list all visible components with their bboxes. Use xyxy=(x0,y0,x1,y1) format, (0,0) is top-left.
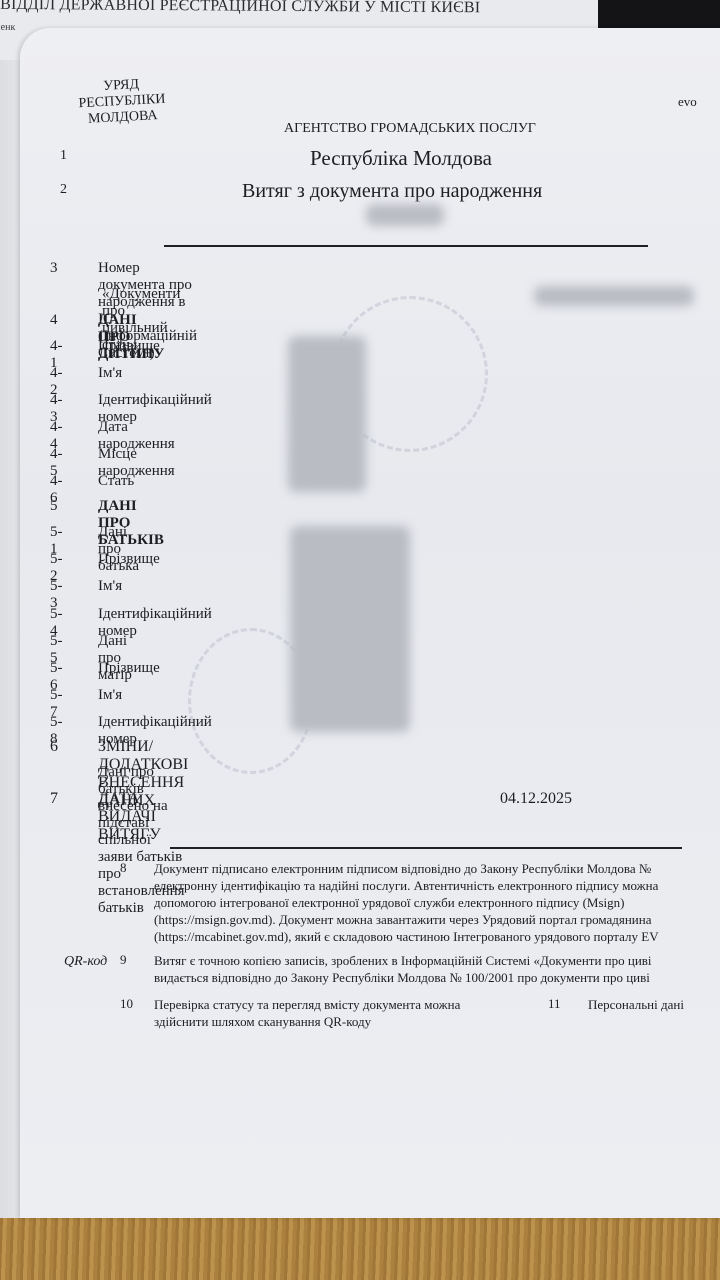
note-line: Перевірка статусу та перегляд вмісту док… xyxy=(154,996,460,1013)
document-title: Витяг з документа про народження xyxy=(242,180,542,203)
line-number: 1 xyxy=(60,148,67,164)
note-text: Витяг є точною копією записів, зроблених… xyxy=(154,952,652,986)
line-number: 3 xyxy=(50,260,58,277)
issue-date-value: 04.12.2025 xyxy=(500,790,572,808)
note-line: видається відповідно до Закону Республік… xyxy=(154,969,652,986)
redacted-doc-number xyxy=(534,286,694,306)
line-number: 6 xyxy=(50,738,58,756)
redacted-child-values xyxy=(288,336,366,492)
note-line: допомогою інтегрованої електронної урядо… xyxy=(154,894,659,911)
note-number: 9 xyxy=(120,952,127,968)
note-text: Персональні дані xyxy=(588,996,684,1013)
field-label: Стать xyxy=(98,473,134,490)
note-line: Витяг є точною копією записів, зроблених… xyxy=(154,952,652,969)
note-number: 11 xyxy=(548,996,561,1012)
issue-date-label: ДАТА ВИДАЧІ ВИТЯГУ xyxy=(98,790,161,844)
divider-line xyxy=(164,245,648,247)
birth-certificate-extract-page: УРЯД РЕСПУБЛІКИ МОЛДОВА evo АГЕНТСТВО ГР… xyxy=(20,28,720,1218)
corner-mark: evo xyxy=(678,94,697,110)
background-side-text: к'яненк xyxy=(0,22,15,33)
country-title: Республіка Молдова xyxy=(310,146,492,171)
field-label: Прізвище xyxy=(98,338,160,355)
field-label: Ім'я xyxy=(98,365,122,382)
note-line: електронну ідентифікацію та надійні посл… xyxy=(154,877,659,894)
note-line: Персональні дані xyxy=(588,996,684,1013)
field-label: Прізвище xyxy=(98,551,160,568)
agency-name: АГЕНТСТВО ГРОМАДСЬКИХ ПОСЛУГ xyxy=(284,121,536,137)
note-number: 10 xyxy=(120,996,133,1012)
redacted-parent-values xyxy=(290,526,410,732)
line-number: 7 xyxy=(50,790,58,808)
field-label: Ім'я xyxy=(98,687,122,704)
line-number: 2 xyxy=(60,182,67,198)
background-heading-2: Й ВІДДІЛ ДЕРЖАВНОЇ РЕЄСТРАЦІЙНОЇ СЛУЖБИ … xyxy=(0,0,480,17)
note-text: Перевірка статусу та перегляд вмісту док… xyxy=(154,996,460,1030)
wooden-table-surface xyxy=(0,1218,720,1280)
qr-code-label: QR-код xyxy=(64,954,107,970)
line-number: 5 xyxy=(50,498,58,515)
government-header: УРЯД РЕСПУБЛІКИ МОЛДОВА xyxy=(71,75,173,128)
field-label: Ім'я xyxy=(98,578,122,595)
redacted-value xyxy=(366,204,444,226)
note-line: (https://mcabinet.gov.md), який є складо… xyxy=(154,928,659,945)
note-number: 8 xyxy=(120,860,127,876)
note-line: (https://msign.gov.md). Документ можна з… xyxy=(154,911,659,928)
note-line: здійснити шляхом сканування QR-коду xyxy=(154,1013,460,1030)
line-number: 4 xyxy=(50,312,58,329)
note-text: Документ підписано електронним підписом … xyxy=(154,860,659,945)
note-line: Документ підписано електронним підписом … xyxy=(154,860,659,877)
footer-divider-line xyxy=(170,847,682,849)
field-label: Прізвище xyxy=(98,660,160,677)
